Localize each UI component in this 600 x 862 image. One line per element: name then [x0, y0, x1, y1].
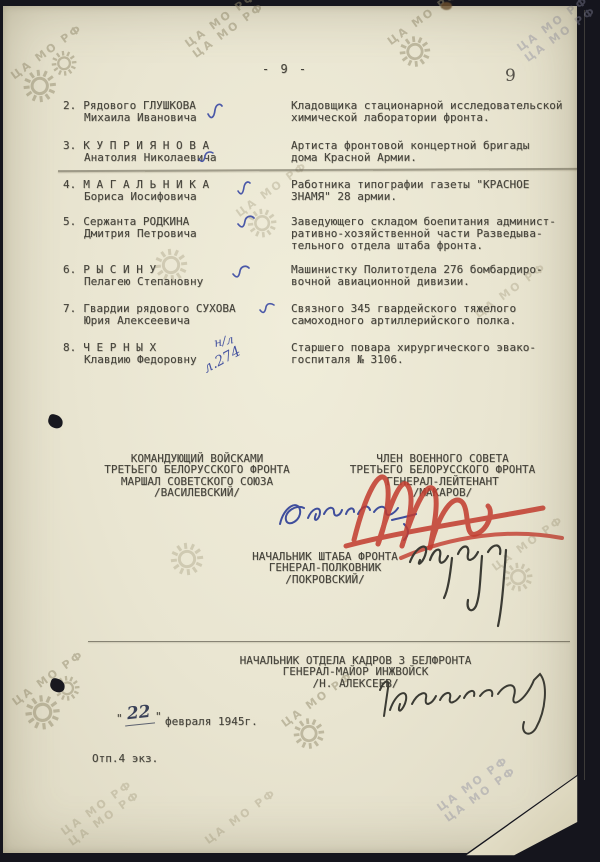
entry-number: 4. [63, 178, 76, 191]
entry-number: 6. [63, 263, 76, 276]
date-typed-text: февраля 1945г. [165, 716, 258, 729]
checkmark-ink [235, 180, 253, 200]
entry-description-line: вочной авиационной дивизии. [291, 276, 470, 289]
signature-alekseev-ink [372, 670, 577, 742]
entry-number: 8. [63, 341, 76, 354]
entry-patronymic: Бориса Иосифовича [84, 191, 197, 204]
entry-description-line: госпиталя № 3106. [291, 354, 404, 367]
chief-of-staff-signature-block: НАЧАЛЬНИК ШТАБА ФРОНТА ГЕНЕРАЛ-ПОЛКОВНИК… [240, 551, 410, 585]
date-day-handwritten: 22 [123, 702, 155, 727]
typed-page-number: - 9 - [262, 63, 308, 76]
date-open-quote: " [116, 713, 123, 726]
entry-number: 2. [63, 99, 76, 112]
copies-note: Отп.4 экз. [92, 753, 158, 766]
entry-description-line: ЗНАМЯ" 28 армии. [291, 191, 397, 204]
entry-description-line: тельного отдела штаба фронта. [291, 240, 483, 253]
commander-signature-block: КОМАНДУЮЩИЙ ВОЙСКАМИ ТРЕТЬЕГО БЕЛОРУССКО… [97, 453, 297, 498]
checkmark-ink [205, 102, 225, 124]
checkmark-ink [236, 214, 256, 232]
signature-name-line: /ПОКРОВСКИЙ/ [240, 574, 410, 585]
entry-patronymic: Юрия Алексеевича [84, 315, 190, 328]
entry-number: 5. [63, 215, 76, 228]
entry-patronymic: Дмитрия Петровича [84, 228, 197, 241]
checkmark-ink [258, 302, 276, 317]
fold-crease-lower [88, 641, 570, 642]
written-page-number: 9 [505, 66, 516, 86]
entry-description-line: дома Красной Армии. [291, 152, 417, 165]
entry-description-line: химической лаборатории фронта. [291, 112, 490, 125]
date-close-quote: " [155, 711, 162, 724]
entry-number: 3. [63, 139, 76, 152]
underlying-sheet-edge [584, 10, 585, 780]
signature-title-line: ГЕНЕРАЛ-ПОЛКОВНИК [240, 562, 410, 573]
entry-number: 7. [63, 302, 76, 315]
signature-name-line: /ВАСИЛЕВСКИЙ/ [97, 487, 297, 498]
stain-spot [441, 2, 452, 10]
entry-patronymic: Пелагею Степановну [84, 276, 203, 289]
checkmark-ink [197, 150, 215, 166]
checkmark-ink [231, 264, 251, 282]
signature-pokrovsky-ink [398, 538, 533, 633]
signature-title-line: ТРЕТЬЕГО БЕЛОРУССКОГО ФРОНТА [97, 464, 297, 475]
entry-patronymic: Михаила Ивановича [84, 112, 197, 125]
entry-patronymic: Клавдию Федоровну [84, 354, 197, 367]
entry-description-line: самоходного артиллерийского полка. [291, 315, 516, 328]
